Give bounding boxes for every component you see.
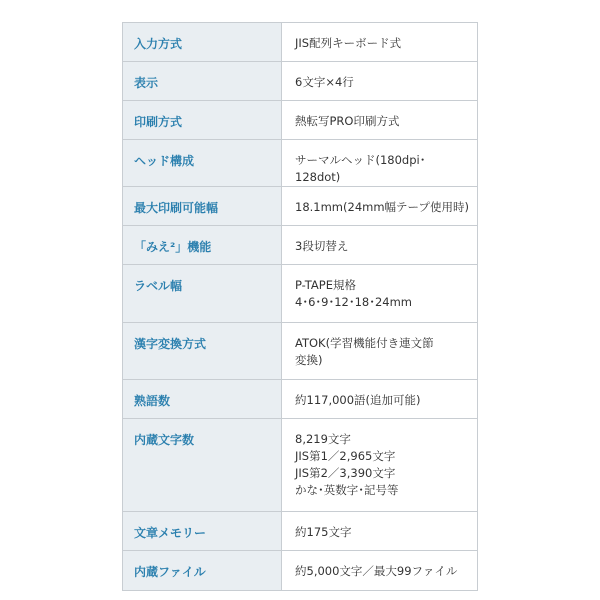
table-row: 表示 6文字×4行 (123, 62, 478, 101)
value-line: 約175文字 (295, 524, 469, 541)
value-line: JIS配列キーボード式 (295, 35, 469, 52)
table-row: 「みえ²」機能 3段切替え (123, 226, 478, 265)
table-row: 文章メモリー 約175文字 (123, 512, 478, 551)
value-line: 3段切替え (295, 238, 469, 255)
value-line: ATOK(学習機能付き連文節変換) (295, 335, 445, 369)
row-value: ATOK(学習機能付き連文節変換) (282, 323, 478, 380)
table-row: 入力方式 JIS配列キーボード式 (123, 23, 478, 62)
value-line: P-TAPE規格 (295, 277, 469, 294)
value-line: かな･英数字･記号等 (295, 482, 469, 499)
row-label: 内蔵ファイル (123, 551, 282, 591)
row-label: 漢字変換方式 (123, 323, 282, 380)
table-row: 内蔵ファイル 約5,000文字／最大99ファイル (123, 551, 478, 591)
value-line: 18.1mm(24mm幅テープ使用時) (295, 199, 469, 216)
value-line: 約5,000文字／最大99ファイル (295, 563, 469, 580)
row-value: 8,219文字 JIS第1／2,965文字 JIS第2／3,390文字 かな･英… (282, 419, 478, 512)
row-value: JIS配列キーボード式 (282, 23, 478, 62)
row-label: 「みえ²」機能 (123, 226, 282, 265)
value-line: 4･6･9･12･18･24mm (295, 294, 469, 311)
row-label: ヘッド構成 (123, 140, 282, 187)
row-label: 表示 (123, 62, 282, 101)
row-value: 熱転写PRO印刷方式 (282, 101, 478, 140)
row-value: 18.1mm(24mm幅テープ使用時) (282, 187, 478, 226)
value-line: 6文字×4行 (295, 74, 469, 91)
row-label: 印刷方式 (123, 101, 282, 140)
spec-table: 入力方式 JIS配列キーボード式 表示 6文字×4行 印刷方式 熱転写PRO印刷… (122, 22, 478, 591)
table-row: ラベル幅 P-TAPE規格 4･6･9･12･18･24mm (123, 265, 478, 323)
table-row: 印刷方式 熱転写PRO印刷方式 (123, 101, 478, 140)
row-value: 約117,000語(追加可能) (282, 380, 478, 419)
value-line: JIS第1／2,965文字 (295, 448, 469, 465)
value-line: 熱転写PRO印刷方式 (295, 113, 469, 130)
row-value: サーマルヘッド(180dpi･128dot) (282, 140, 478, 187)
row-value: 約5,000文字／最大99ファイル (282, 551, 478, 591)
spec-table-body: 入力方式 JIS配列キーボード式 表示 6文字×4行 印刷方式 熱転写PRO印刷… (123, 23, 478, 591)
row-label: 内蔵文字数 (123, 419, 282, 512)
table-row: 最大印刷可能幅 18.1mm(24mm幅テープ使用時) (123, 187, 478, 226)
value-line: JIS第2／3,390文字 (295, 465, 469, 482)
value-line: 8,219文字 (295, 431, 469, 448)
row-value: P-TAPE規格 4･6･9･12･18･24mm (282, 265, 478, 323)
row-label: 文章メモリー (123, 512, 282, 551)
row-value: 約175文字 (282, 512, 478, 551)
row-value: 3段切替え (282, 226, 478, 265)
row-label: 入力方式 (123, 23, 282, 62)
value-line: サーマルヘッド(180dpi･128dot) (295, 152, 469, 186)
table-row: 漢字変換方式 ATOK(学習機能付き連文節変換) (123, 323, 478, 380)
table-row: 熟語数 約117,000語(追加可能) (123, 380, 478, 419)
table-row: ヘッド構成 サーマルヘッド(180dpi･128dot) (123, 140, 478, 187)
value-line: 約117,000語(追加可能) (295, 392, 469, 409)
row-label: 熟語数 (123, 380, 282, 419)
table-row: 内蔵文字数 8,219文字 JIS第1／2,965文字 JIS第2／3,390文… (123, 419, 478, 512)
row-label: 最大印刷可能幅 (123, 187, 282, 226)
row-label: ラベル幅 (123, 265, 282, 323)
row-value: 6文字×4行 (282, 62, 478, 101)
